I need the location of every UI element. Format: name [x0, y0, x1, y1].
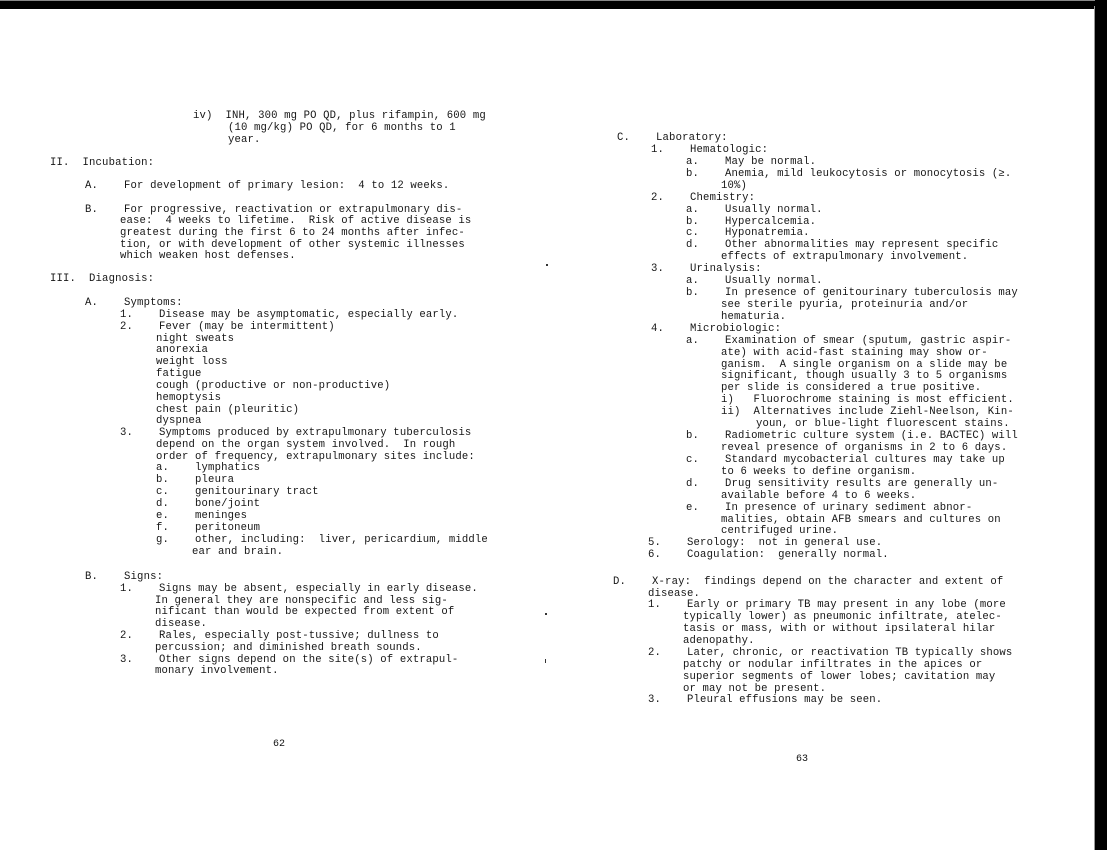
text-line: superior segments of lower lobes; cavita…: [683, 672, 995, 683]
text-line: 3. Symptoms produced by extrapulmonary t…: [120, 428, 471, 439]
text-line: 1. Hematologic:: [651, 145, 768, 156]
text-line: centrifuged urine.: [721, 526, 838, 537]
text-line: 3. Pleural effusions may be seen.: [648, 695, 882, 706]
text-line: d. Drug sensitivity results are generall…: [686, 479, 998, 490]
text-line: a. lymphatics: [156, 463, 260, 474]
text-line: typically lower) as pneumonic infiltrate…: [683, 612, 1002, 623]
text-line: 3. Urinalysis:: [651, 264, 762, 275]
text-line: weight loss: [156, 357, 228, 368]
text-line: II. Incubation:: [50, 158, 154, 169]
text-line: 1. Signs may be absent, especially in ea…: [120, 584, 478, 595]
text-line: 1. Early or primary TB may present in an…: [648, 600, 1006, 611]
text-line: hemoptysis: [156, 393, 221, 404]
text-line: c. Hyponatremia.: [686, 228, 810, 239]
text-line: adenopathy.: [683, 636, 755, 647]
text-line: i) Fluorochrome staining is most efficie…: [721, 395, 1014, 406]
text-line: 6. Coagulation: generally normal.: [648, 550, 889, 561]
text-line: A. For development of primary lesion: 4 …: [85, 181, 449, 192]
text-line: b. Radiometric culture system (i.e. BACT…: [686, 431, 1018, 442]
text-line: a. Usually normal.: [686, 205, 823, 216]
text-line: to 6 weeks to define organism.: [721, 467, 916, 478]
scan-right-border: [1095, 0, 1107, 850]
text-line: 1. Disease may be asymptomatic, especial…: [120, 310, 458, 321]
text-line: depend on the organ system involved. In …: [156, 440, 455, 451]
scan-speck: [545, 613, 547, 615]
text-line: dyspnea: [156, 416, 202, 427]
text-line: reveal presence of organisms in 2 to 6 d…: [721, 443, 1007, 454]
text-line: a. May be normal.: [686, 157, 816, 168]
text-line: ear and brain.: [192, 547, 283, 558]
text-line: anorexia: [156, 345, 208, 356]
text-line: 4. Microbiologic:: [651, 324, 781, 335]
text-line: 2. Fever (may be intermittent): [120, 322, 335, 333]
text-line: hematuria.: [721, 312, 786, 323]
text-line: ease: 4 weeks to lifetime. Risk of activ…: [120, 216, 471, 227]
page-number-right: 63: [796, 754, 808, 765]
text-line: 2. Chemistry:: [651, 193, 755, 204]
text-line: III. Diagnosis:: [50, 274, 154, 285]
text-line: 2. Rales, especially post-tussive; dulln…: [120, 631, 439, 642]
text-line: a. Usually normal.: [686, 276, 823, 287]
text-line: c. Standard mycobacterial cultures may t…: [686, 455, 1005, 466]
scan-speck: [545, 659, 546, 663]
text-line: tasis or mass, with or without ipsilater…: [683, 624, 995, 635]
text-line: b. Anemia, mild leukocytosis or monocyto…: [686, 169, 1011, 180]
text-line: youn, or blue-light fluorescent stains.: [756, 419, 1010, 430]
text-line: a. Examination of smear (sputum, gastric…: [686, 336, 1011, 347]
text-line: nificant than would be expected from ext…: [155, 607, 454, 618]
text-line: 10%): [721, 181, 747, 192]
text-line: year.: [228, 135, 261, 146]
text-line: disease.: [155, 619, 207, 630]
text-line: D. X-ray: findings depend on the charact…: [613, 577, 1003, 588]
text-line: greatest during the first 6 to 24 months…: [120, 228, 465, 239]
scan-top-border: [0, 0, 1107, 9]
text-line: patchy or nodular infiltrates in the api…: [683, 660, 982, 671]
text-line: ii) Alternatives include Ziehl-Neelson, …: [721, 407, 1014, 418]
text-line: ate) with acid-fast staining may show or…: [721, 348, 988, 359]
text-line: effects of extrapulmonary involvement.: [721, 252, 968, 263]
text-line: monary involvement.: [155, 666, 279, 677]
scan-speck: [546, 264, 548, 266]
text-line: A. Symptoms:: [85, 298, 183, 309]
text-line: d. Other abnormalities may represent spe…: [686, 240, 998, 251]
text-line: B. Signs:: [85, 572, 163, 583]
text-line: 2. Later, chronic, or reactivation TB ty…: [648, 648, 1012, 659]
text-line: per slide is considered a true positive.: [721, 383, 981, 394]
text-line: b. pleura: [156, 475, 234, 486]
text-line: c. genitourinary tract: [156, 487, 319, 498]
text-line: C. Laboratory:: [617, 133, 728, 144]
text-line: e. In presence of urinary sediment abnor…: [686, 503, 972, 514]
text-line: percussion; and diminished breath sounds…: [155, 643, 422, 654]
text-line: d. bone/joint: [156, 499, 260, 510]
text-line: available before 4 to 6 weeks.: [721, 491, 916, 502]
text-line: which weaken host defenses.: [120, 251, 296, 262]
text-line: e. meninges: [156, 511, 247, 522]
text-line: cough (productive or non-productive): [156, 381, 390, 392]
text-line: f. peritoneum: [156, 523, 260, 534]
page-number-left: 62: [273, 739, 285, 750]
text-line: fatigue: [156, 369, 202, 380]
text-line: significant, though usually 3 to 5 organ…: [721, 371, 1007, 382]
text-line: b. In presence of genitourinary tubercul…: [686, 288, 1018, 299]
text-line: 5. Serology: not in general use.: [648, 538, 882, 549]
text-line: (10 mg/kg) PO QD, for 6 months to 1: [228, 123, 456, 134]
text-line: iv) INH, 300 mg PO QD, plus rifampin, 60…: [193, 111, 486, 122]
text-line: g. other, including: liver, pericardium,…: [156, 535, 488, 546]
text-line: see sterile pyuria, proteinuria and/or: [721, 300, 968, 311]
